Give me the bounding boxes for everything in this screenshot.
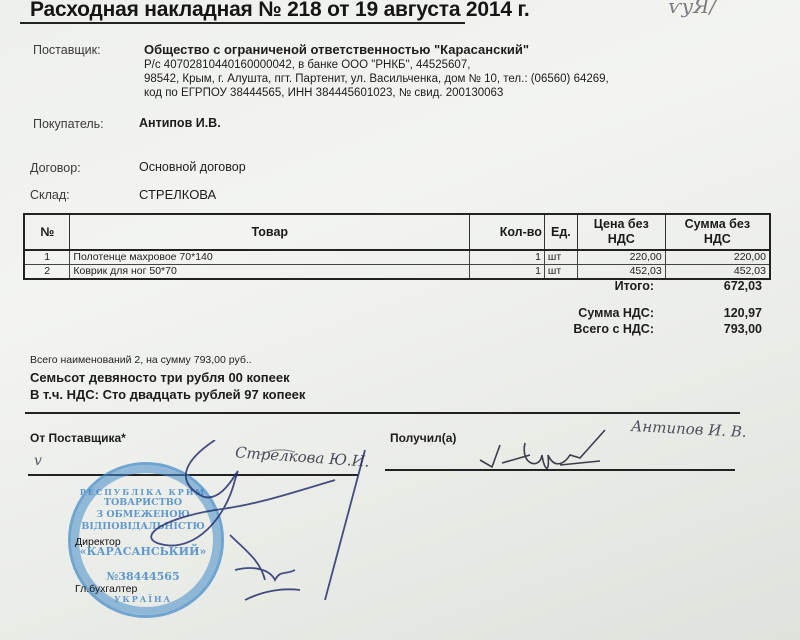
table-row: 2 Коврик для ног 50*70 1 шт 452,03 452,0… [24,265,770,280]
row-sum: 220,00 [665,250,770,265]
subtotal-value: 672,03 [672,279,762,293]
warehouse-value: СТРЕЛКОВА [139,187,216,202]
receiver-sign-label: Получил(а) [390,431,456,445]
supplier-label: Поставщик: [33,43,101,57]
buyer-label: Покупатель: [33,117,104,131]
warehouse-label: Склад: [30,188,70,202]
items-table: № Товар Кол-во Ед. Цена безНДС Сумма без… [23,213,771,280]
subtotal-label: Итого: [494,279,654,293]
receiver-handwritten-name: Антипов И. В. [631,417,748,441]
col-header-number: № [24,214,70,250]
document-title: Расходная накладная № 218 от 19 августа … [30,0,530,22]
col-header-sum: Сумма безНДС [665,214,770,250]
vat-label: Сумма НДС: [494,306,654,320]
contract-label: Договор: [30,161,81,175]
buyer-value: Антипов И.В. [139,116,221,130]
table-row: 1 Полотенце махровое 70*140 1 шт 220,00 … [24,250,770,265]
director-signature-icon [95,440,395,620]
section-divider [25,412,740,414]
row-qty: 1 [470,250,545,265]
vat-value: 120,97 [672,306,762,320]
amount-in-words: Семьсот девяносто три рубля 00 копеек [30,370,290,385]
corner-handwriting: ѵуЯ/ [668,0,716,18]
items-count-line: Всего наименований 2, на сумму 793,00 ру… [30,354,252,366]
supplier-checkmark: v [34,453,42,469]
title-underline [20,22,465,24]
row-qty: 1 [470,265,545,280]
table-header-row: № Товар Кол-во Ед. Цена безНДС Сумма без… [24,214,770,250]
supplier-bank-line: Р/с 40702810440160000042, в банке ООО "Р… [144,59,470,71]
contract-value: Основной договор [139,160,246,174]
row-unit: шт [544,265,577,280]
supplier-name: Общество с ограниченой ответственностью … [144,42,529,57]
row-item: Полотенце махровое 70*140 [70,250,470,265]
row-sum: 452,03 [665,265,770,280]
supplier-codes-line: код по ЕГРПОУ 38444565, ИНН 384445601023… [144,87,503,99]
row-price: 452,03 [577,265,665,280]
col-header-qty: Кол-во [470,214,545,250]
supplier-address-line: 98542, Крым, г. Алушта, пгт. Партенит, у… [144,73,609,85]
receiver-signature-icon [470,425,620,485]
col-header-item: Товар [70,214,470,250]
col-header-price: Цена безНДС [577,214,665,250]
row-unit: шт [544,250,577,265]
row-price: 220,00 [577,250,665,265]
row-number: 1 [24,250,70,265]
vat-in-words: В т.ч. НДС: Сто двадцать рублей 97 копее… [30,387,305,402]
total-label: Всего с НДС: [494,322,654,336]
row-item: Коврик для ног 50*70 [70,265,470,280]
col-header-unit: Ед. [544,214,577,250]
total-value: 793,00 [672,322,762,336]
row-number: 2 [24,265,70,280]
